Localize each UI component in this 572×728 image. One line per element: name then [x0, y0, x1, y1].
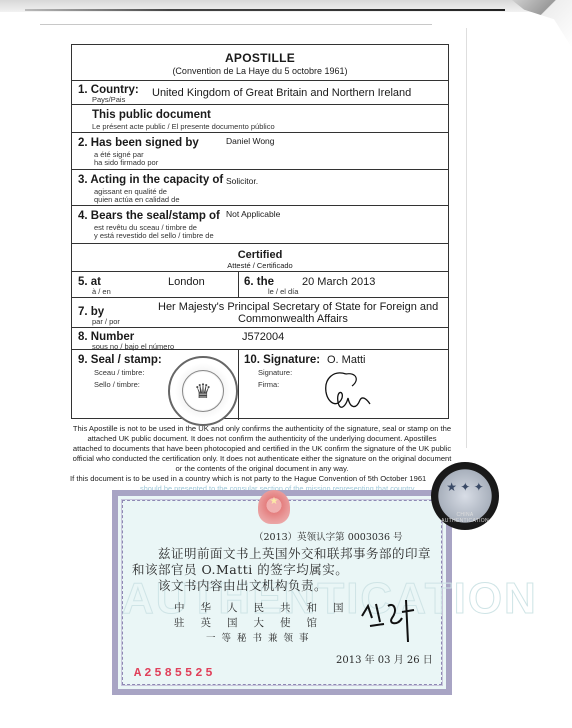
china-authentication-seal-icon: ★ ✦ ✦ CHINA AUTHENTICATION — [431, 462, 499, 530]
public-doc-label: This public document — [92, 109, 211, 121]
seal-signature-divider — [238, 350, 239, 420]
certificate-date: 2013 年 03 月 26 日 — [336, 651, 433, 666]
field-country: 1. Country: Pays/Pais United Kingdom of … — [72, 81, 448, 105]
apostille-disclaimer: This Apostille is not to be used in the … — [72, 424, 452, 474]
certificate-org-line-3: 一等秘书兼领事 — [206, 630, 315, 644]
seal-stamp-sub2: Sello / timbre: — [94, 380, 140, 389]
national-emblem-icon: ★ — [258, 490, 290, 524]
signature-sub1: Signature: — [258, 368, 292, 377]
signed-by-value: Daniel Wong — [226, 136, 275, 146]
chinese-authentication-certificate: ★ AUTHENTICATION （2013）英领认字第 0003036 号 兹… — [112, 490, 452, 695]
signature-sub2: Firma: — [258, 380, 279, 389]
field-number: 8. Number sous no / bajo el número J5720… — [72, 328, 448, 350]
field-by: 7. by par / por Her Majesty's Principal … — [72, 298, 448, 328]
capacity-sub2: quien actúa en calidad de — [94, 195, 180, 204]
capacity-value: Solicitor. — [226, 176, 258, 186]
seal-text: CHINA AUTHENTICATION — [437, 512, 493, 524]
seal-of-label: 4. Bears the seal/stamp of — [78, 210, 220, 222]
country-value: United Kingdom of Great Britain and Nort… — [152, 87, 411, 99]
seal-stamp-label: 9. Seal / stamp: — [78, 354, 162, 366]
at-value: London — [168, 276, 205, 288]
page-fold-corner — [512, 0, 572, 48]
royal-coat-of-arms-seal-icon: ♛ — [168, 356, 238, 426]
hague-note: If this document is to be used in a coun… — [70, 474, 470, 483]
signed-by-label: 2. Has been signed by — [78, 137, 199, 149]
field-at-date: 5. at à / en London 6. the le / el día 2… — [72, 272, 448, 298]
handwritten-signature-icon — [316, 368, 376, 416]
signature-value: O. Matti — [327, 354, 366, 366]
certificate-line-3: 该文书内容由出文机构负责。 — [158, 576, 327, 594]
by-sub: par / por — [92, 317, 120, 326]
apostille-title: APOSTILLE — [72, 51, 448, 65]
field-seal-signature: 9. Seal / stamp: Sceau / timbre: Sello /… — [72, 350, 448, 420]
date-sub: le / el día — [268, 287, 298, 296]
certificate-reference: （2013）英领认字第 0003036 号 — [254, 529, 403, 543]
field-public-document: This public document Le présent acte pub… — [72, 105, 448, 133]
certified-header: Certified Attesté / Certificado — [72, 244, 448, 272]
signed-by-sub2: ha sido firmado por — [94, 158, 158, 167]
seal-of-value: Not Applicable — [226, 209, 280, 219]
field-seal-of: 4. Bears the seal/stamp of est revêtu du… — [72, 206, 448, 244]
seal-stars-icon: ★ ✦ ✦ — [431, 480, 499, 494]
seal-stamp-sub1: Sceau / timbre: — [94, 368, 144, 377]
number-value: J572004 — [242, 331, 284, 343]
page-edge — [40, 24, 432, 25]
apostille-header: APOSTILLE (Convention de La Haye du 5 oc… — [72, 45, 448, 81]
by-value-line2: Commonwealth Affairs — [238, 313, 348, 325]
field-capacity: 3. Acting in the capacity of agissant en… — [72, 170, 448, 206]
certificate-serial: A2585525 — [134, 666, 216, 680]
apostille-form: APOSTILLE (Convention de La Haye du 5 oc… — [71, 44, 449, 419]
field-signed-by: 2. Has been signed by a été signé par ha… — [72, 133, 448, 170]
certificate-org-line-2: 驻英国大使馆 — [174, 615, 333, 630]
date-value: 20 March 2013 — [302, 276, 375, 288]
seal-of-sub2: y está revestido del sello / timbre de — [94, 231, 214, 240]
at-sub: à / en — [92, 287, 111, 296]
certified-sub: Attesté / Certificado — [72, 261, 448, 270]
signature-label: 10. Signature: — [244, 354, 320, 366]
coat-of-arms-icon: ♛ — [182, 370, 224, 412]
certified-label: Certified — [72, 249, 448, 261]
consul-signature-icon — [358, 596, 418, 646]
page-edge-right — [466, 28, 467, 448]
certificate-org-line-1: 中华人民共和国 — [174, 600, 360, 615]
apostille-subtitle: (Convention de La Haye du 5 octobre 1961… — [72, 66, 448, 76]
country-sub: Pays/Pais — [92, 95, 125, 104]
scanner-edge-line — [25, 9, 505, 11]
public-doc-sub: Le présent acte public / El presente doc… — [92, 122, 275, 131]
capacity-label: 3. Acting in the capacity of — [78, 174, 223, 186]
at-date-divider — [238, 272, 239, 297]
by-value-line1: Her Majesty's Principal Secretary of Sta… — [158, 301, 438, 313]
